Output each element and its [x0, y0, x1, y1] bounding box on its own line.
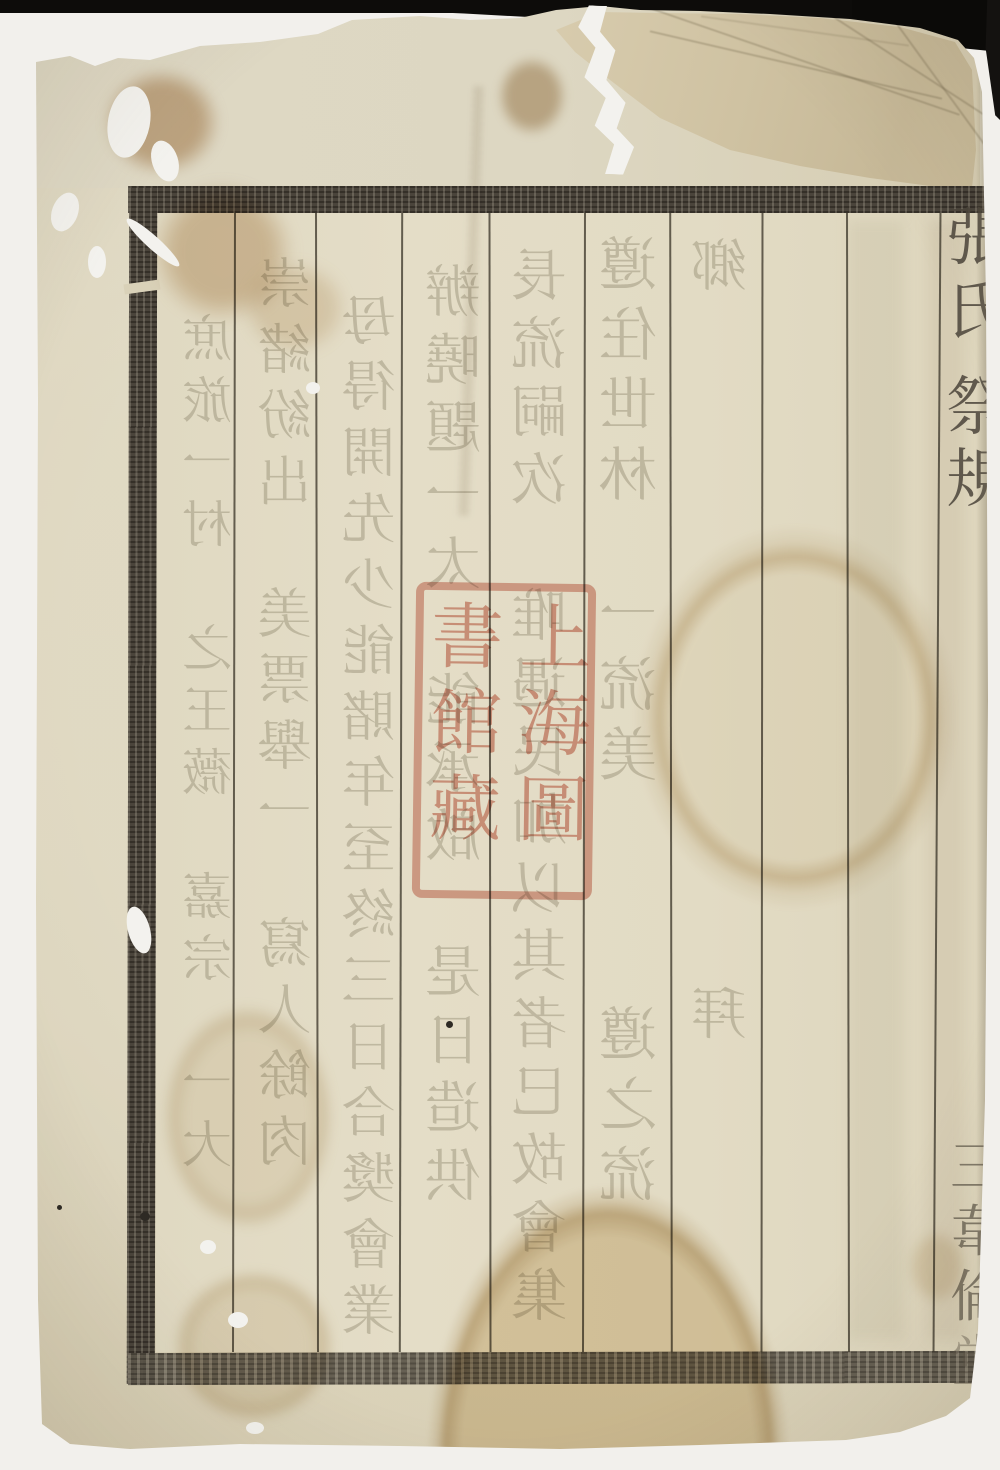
paper-vignette	[36, 6, 988, 1450]
paper-sheet: 庶旅一村 之王薇 嘉宗 一大 崇緒紛出 美票舉一 寫人餘肉 母得開先少能賭年至終…	[0, 0, 1000, 1470]
scanned-page: 庶旅一村 之王薇 嘉宗 一大 崇緒紛出 美票舉一 寫人餘肉 母得開先少能賭年至終…	[0, 0, 1000, 1470]
